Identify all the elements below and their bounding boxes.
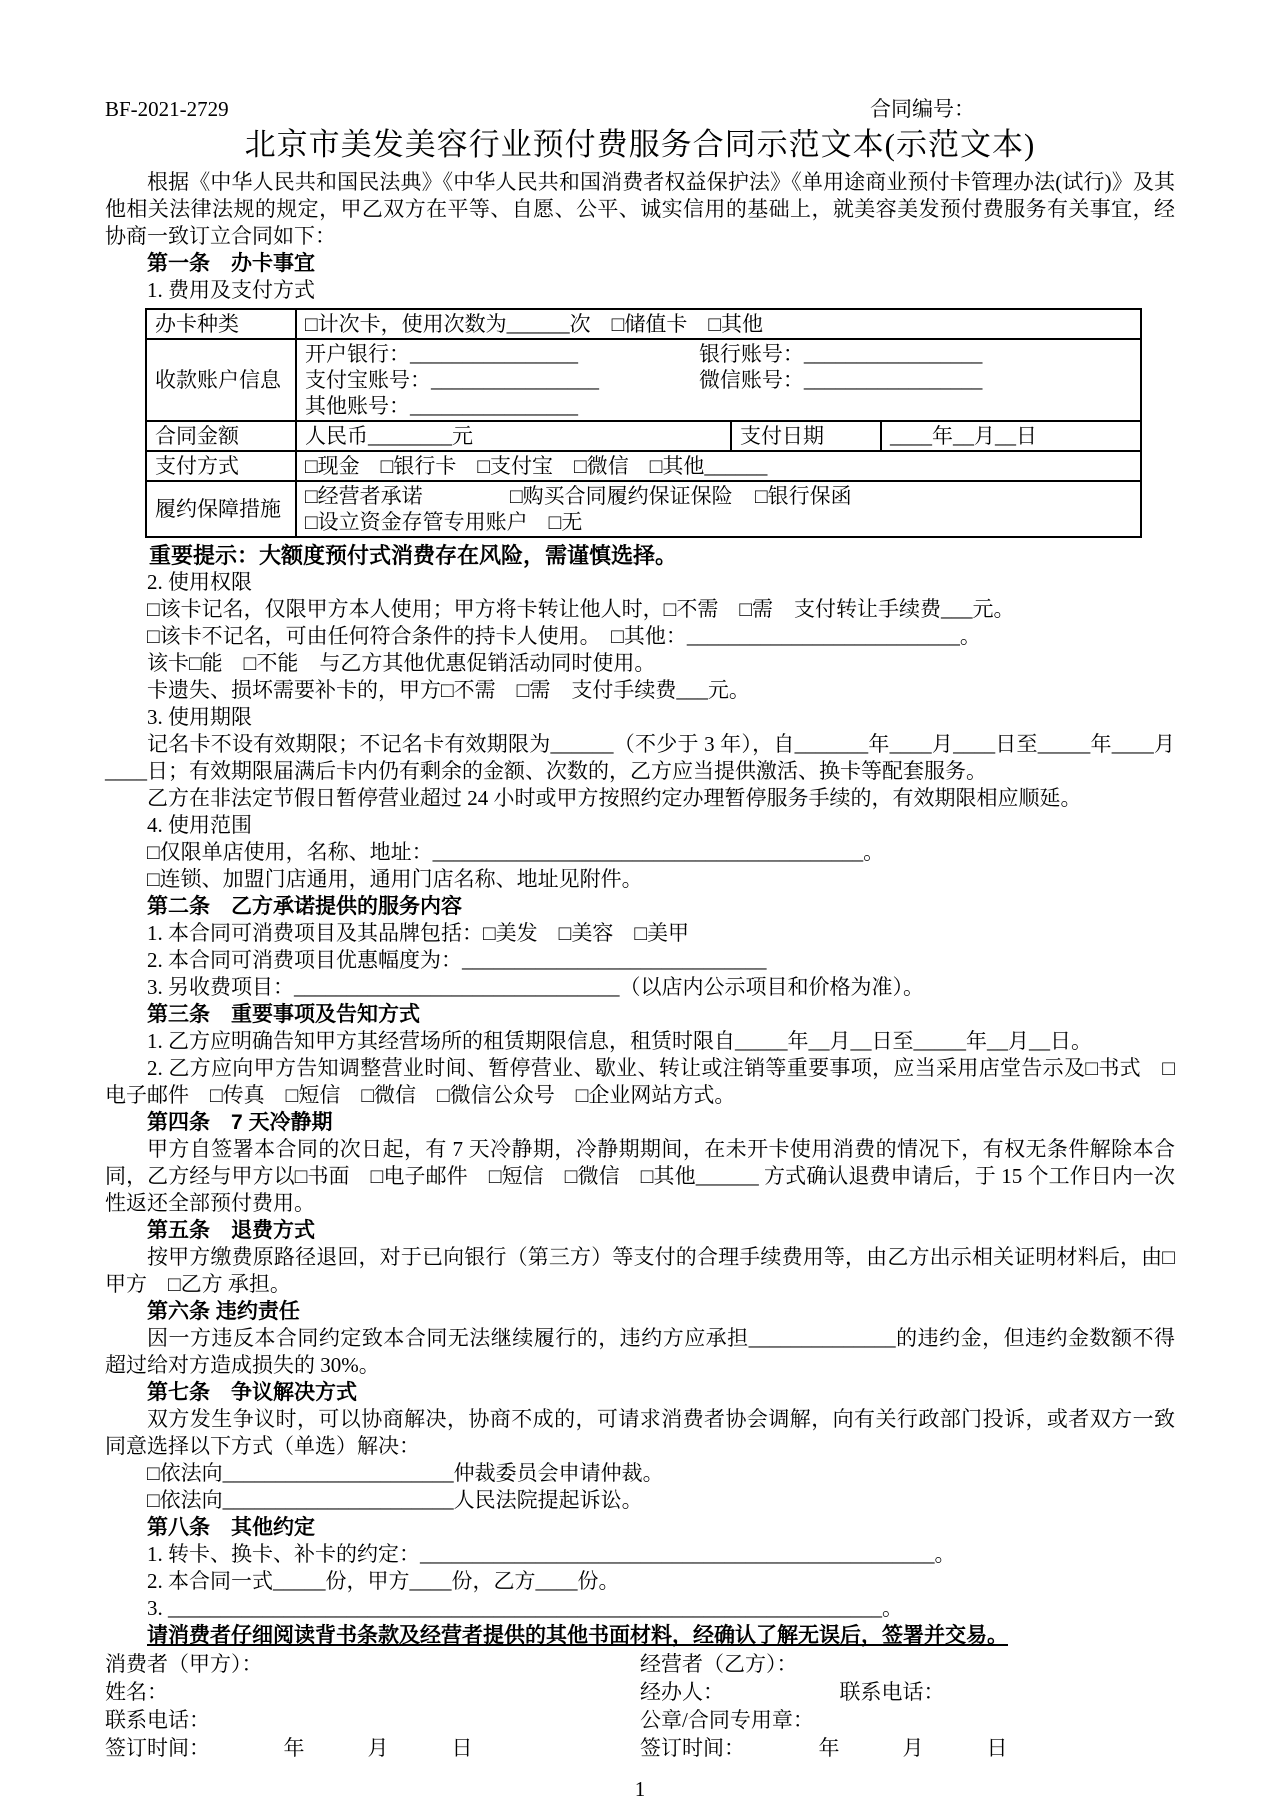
table-row-guarantee: 履约保障措施 □经营者承诺 □购买合同履约保证保险 □银行保函 □设立资金存管专… (146, 481, 1141, 537)
table-row-amount-date: 合同金额 人民币________元 支付日期 ____年__月__日 (146, 421, 1141, 451)
wechat-account-field: 微信账号：_________________ (699, 367, 983, 393)
scope-line-chain-store: □连锁、加盟门店通用，通用门店名称、地址见附件。 (105, 866, 1175, 893)
guarantee-content: □经营者承诺 □购买合同履约保证保险 □银行保函 □设立资金存管专用账户 □无 (296, 481, 1141, 537)
alipay-account-field: 支付宝账号：________________ (305, 367, 694, 393)
article-6-heading: 第六条 违约责任 (105, 1298, 1175, 1325)
signature-block: 消费者（甲方）： 姓名： 联系电话： 签订时间： 年 月 日 经营者（乙方）： … (105, 1650, 1175, 1762)
usage-line-named-card: □该卡记名，仅限甲方本人使用；甲方将卡转让他人时，□不需 □需 支付转让手续费_… (105, 596, 1175, 623)
consumer-sign-date-label: 签订时间： 年 月 日 (105, 1734, 640, 1762)
pay-method-content: □现金 □银行卡 □支付宝 □微信 □其他______ (296, 451, 1141, 481)
document-topline: BF-2021-2729 合同编号： (105, 96, 1175, 123)
article-8-line-card-transfer: 1. 转卡、换卡、补卡的约定：_________________________… (105, 1541, 1175, 1568)
article-3-heading: 第三条 重要事项及告知方式 (105, 1001, 1175, 1028)
important-notice: 重要提示：大额度预付式消费存在风险，需谨慎选择。 (105, 542, 1175, 569)
guarantee-item-bank-letter: □银行保函 (755, 483, 852, 509)
guarantee-item-promise: □经营者承诺 (305, 483, 510, 509)
card-type-content: □计次卡，使用次数为______次 □储值卡 □其他 (296, 309, 1141, 339)
article-2-line-projects: 1. 本合同可消费项目及其品牌包括：□美发 □美容 □美甲 (105, 920, 1175, 947)
page-number: 1 (105, 1776, 1175, 1803)
consumer-party-label: 消费者（甲方）： (105, 1650, 640, 1678)
pay-date-content: ____年__月__日 (881, 421, 1141, 451)
article-5-heading: 第五条 退费方式 (105, 1217, 1175, 1244)
operator-sign-date-label: 签订时间： 年 月 日 (640, 1734, 1175, 1762)
article-7-heading: 第七条 争议解决方式 (105, 1379, 1175, 1406)
account-line-bank: 开户银行：________________ 银行账号：_____________… (305, 341, 1132, 367)
article-1-sub-fee: 1. 费用及支付方式 (105, 277, 1175, 304)
guarantee-label: 履约保障措施 (146, 481, 296, 537)
guarantee-item-insurance: □购买合同履约保证保险 (510, 483, 755, 509)
signature-operator-column: 经营者（乙方）： 经办人： 联系电话： 公章/合同专用章： 签订时间： 年 月 … (640, 1650, 1175, 1762)
table-row-pay-method: 支付方式 □现金 □银行卡 □支付宝 □微信 □其他______ (146, 451, 1141, 481)
article-1-sub-scope: 4. 使用范围 (105, 812, 1175, 839)
article-6-paragraph: 因一方违反本合同约定致本合同无法继续履行的，违约方应承担____________… (105, 1325, 1175, 1379)
operator-agent-phone-label: 经办人： 联系电话： (640, 1678, 1175, 1706)
pay-date-label: 支付日期 (731, 421, 881, 451)
article-5-paragraph: 按甲方缴费原路径退回，对于已向银行（第三方）等支付的合理手续费用等，由乙方出示相… (105, 1244, 1175, 1298)
article-1-sub-usage: 2. 使用权限 (105, 569, 1175, 596)
usage-line-unnamed-card: □该卡不记名，可由任何符合条件的持卡人使用。 □其他：_____________… (105, 623, 1175, 650)
term-paragraph-2: 乙方在非法定节假日暂停营业超过 24 小时或甲方按照约定办理暂停服务手续的，有效… (105, 785, 1175, 812)
article-2-heading: 第二条 乙方承诺提供的服务内容 (105, 893, 1175, 920)
contract-document-page: BF-2021-2729 合同编号： 北京市美发美容行业预付费服务合同示范文本(… (0, 0, 1280, 1810)
article-1-sub-term: 3. 使用期限 (105, 704, 1175, 731)
usage-line-promo: 该卡□能 □不能 与乙方其他优惠促销活动同时使用。 (105, 650, 1175, 677)
fee-payment-table: 办卡种类 □计次卡，使用次数为______次 □储值卡 □其他 收款账户信息 开… (145, 308, 1142, 538)
operator-party-label: 经营者（乙方）： (640, 1650, 1175, 1678)
article-2-line-discount: 2. 本合同可消费项目优惠幅度为：_______________________… (105, 947, 1175, 974)
article-7-option-arbitration: □依法向______________________仲裁委员会申请仲裁。 (105, 1460, 1175, 1487)
article-1-heading: 第一条 办卡事宜 (105, 250, 1175, 277)
contract-amount-content: 人民币________元 (296, 421, 731, 451)
table-row-account-info: 收款账户信息 开户银行：________________ 银行账号：______… (146, 339, 1141, 421)
bank-name-field: 开户银行：________________ (305, 341, 694, 367)
account-info-label: 收款账户信息 (146, 339, 296, 421)
table-row-card-type: 办卡种类 □计次卡，使用次数为______次 □储值卡 □其他 (146, 309, 1141, 339)
signature-consumer-column: 消费者（甲方）： 姓名： 联系电话： 签订时间： 年 月 日 (105, 1650, 640, 1762)
article-4-heading: 第四条 7 天冷静期 (105, 1109, 1175, 1136)
article-8-heading: 第八条 其他约定 (105, 1514, 1175, 1541)
term-paragraph-1: 记名卡不设有效期限；不记名卡有效期限为______（不少于 3 年），自____… (105, 731, 1175, 785)
card-type-label: 办卡种类 (146, 309, 296, 339)
article-3-paragraph-notify: 2. 乙方应向甲方告知调整营业时间、暂停营业、歇业、转让或注销等重要事项，应当采… (105, 1055, 1175, 1109)
closing-notice: 请消费者仔细阅读背书条款及经营者提供的其他书面材料，经确认了解无误后，签署并交易… (105, 1622, 1175, 1649)
article-2-line-extra-fee: 3. 另收费项目：_______________________________… (105, 974, 1175, 1001)
article-7-paragraph: 双方发生争议时，可以协商解决，协商不成的，可请求消费者协会调解，向有关行政部门投… (105, 1406, 1175, 1460)
operator-seal-label: 公章/合同专用章： (640, 1706, 1175, 1734)
pay-method-label: 支付方式 (146, 451, 296, 481)
consumer-name-label: 姓名： (105, 1678, 640, 1706)
document-title: 北京市美发美容行业预付费服务合同示范文本(示范文本) (105, 125, 1175, 165)
contract-no-label: 合同编号： (870, 96, 975, 123)
account-info-content: 开户银行：________________ 银行账号：_____________… (296, 339, 1141, 421)
other-account-field: 其他账号：________________ (305, 393, 694, 419)
article-3-line-lease: 1. 乙方应明确告知甲方其经营场所的租赁期限信息，租赁时限自_____年__月_… (105, 1028, 1175, 1055)
account-line-alipay-wechat: 支付宝账号：________________ 微信账号：____________… (305, 367, 1132, 393)
usage-line-reissue: 卡遗失、损坏需要补卡的，甲方□不需 □需 支付手续费___元。 (105, 677, 1175, 704)
bank-account-field: 银行账号：_________________ (699, 341, 983, 367)
article-4-paragraph: 甲方自签署本合同的次日起，有 7 天冷静期，冷静期期间，在未开卡使用消费的情况下… (105, 1136, 1175, 1217)
article-7-option-court: □依法向______________________人民法院提起诉讼。 (105, 1487, 1175, 1514)
guarantee-line-1: □经营者承诺 □购买合同履约保证保险 □银行保函 (305, 483, 1132, 509)
consumer-phone-label: 联系电话： (105, 1706, 640, 1734)
article-8-line-other: 3. _____________________________________… (105, 1595, 1175, 1622)
article-8-line-copies: 2. 本合同一式_____份，甲方____份，乙方____份。 (105, 1568, 1175, 1595)
intro-paragraph: 根据《中华人民共和国民法典》《中华人民共和国消费者权益保护法》《单用途商业预付卡… (105, 169, 1175, 250)
guarantee-line-2: □设立资金存管专用账户 □无 (305, 509, 1132, 535)
account-line-other: 其他账号：________________ (305, 393, 1132, 419)
scope-line-single-store: □仅限单店使用，名称、地址：__________________________… (105, 839, 1175, 866)
contract-amount-label: 合同金额 (146, 421, 296, 451)
doc-code: BF-2021-2729 (105, 96, 229, 123)
